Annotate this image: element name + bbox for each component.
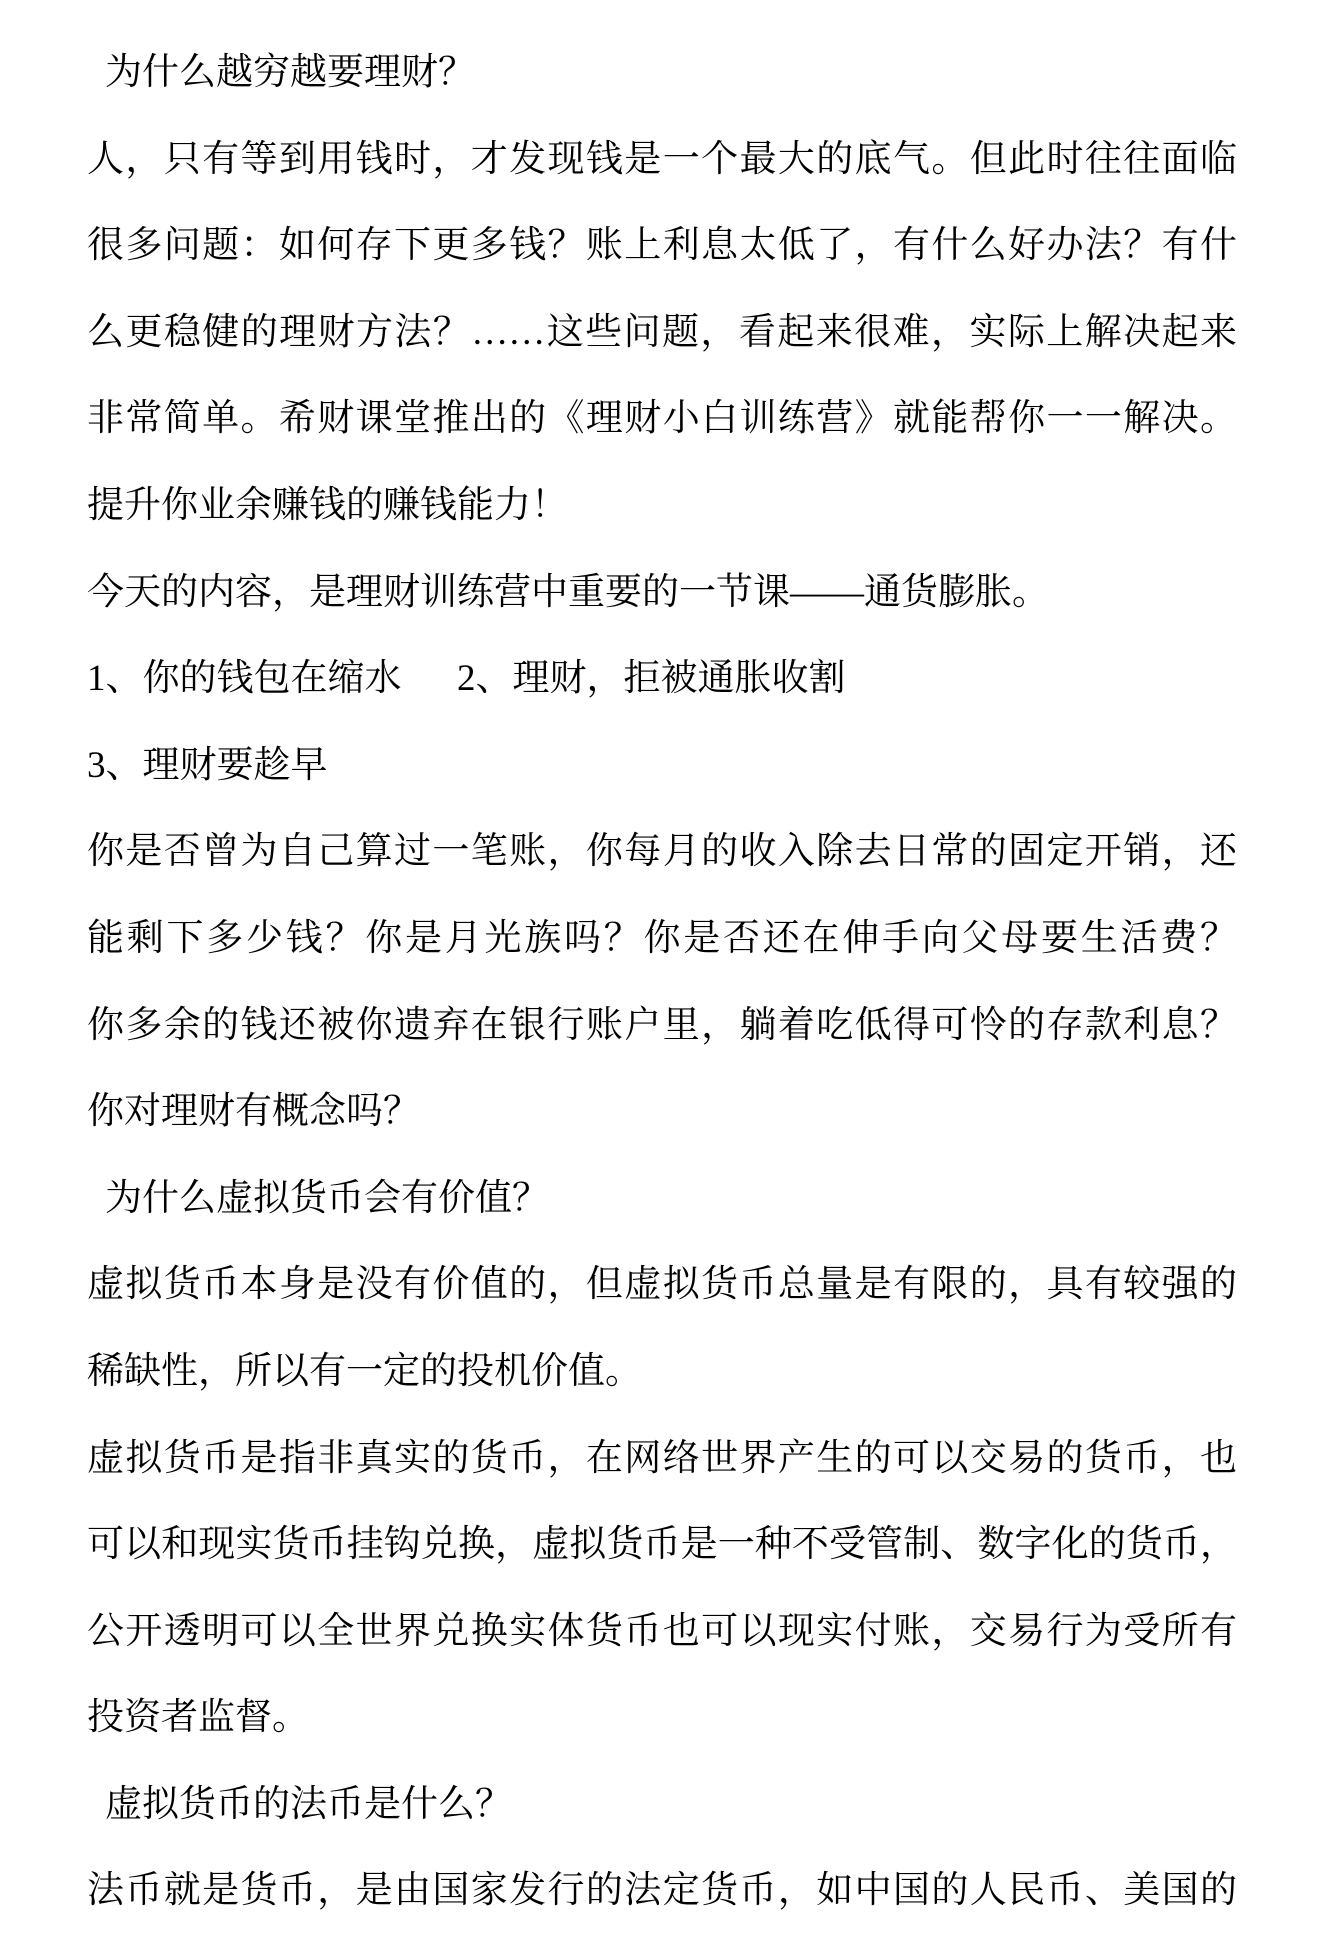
text-line: 你对理财有概念吗？ [87,1069,1237,1156]
text-line: 可以和现实货币挂钩兑换，虚拟货币是一种不受管制、数字化的货币， [87,1502,1237,1589]
text-line: 虚拟货币是指非真实的货币，在网络世界产生的可以交易的货币，也 [87,1416,1237,1503]
text-line: 今天的内容，是理财训练营中重要的一节课——通货膨胀。 [87,550,1237,637]
text-line: 3、理财要趁早 [87,723,1237,810]
text-line: 1、你的钱包在缩水 2、理财，拒被通胀收割 [87,636,1237,723]
text-line: 么更稳健的理财方法？……这些问题，看起来很难，实际上解决起来 [87,290,1237,377]
text-line: 虚拟货币的法币是什么？ [87,1762,1237,1849]
text-line: 为什么越穷越要理财？ [87,30,1237,117]
text-line: 能剩下多少钱？你是月光族吗？你是否还在伸手向父母要生活费？ [87,896,1237,983]
text-line: 人，只有等到用钱时，才发现钱是一个最大的底气。但此时往往面临 [87,117,1237,204]
text-line: 法币就是货币，是由国家发行的法定货币，如中国的人民币、美国的 [87,1848,1237,1935]
text-line: 你多余的钱还被你遗弃在银行账户里，躺着吃低得可怜的存款利息？ [87,983,1237,1070]
document-page: 为什么越穷越要理财？人，只有等到用钱时，才发现钱是一个最大的底气。但此时往往面临… [0,0,1323,1960]
text-line: 提升你业余赚钱的赚钱能力！ [87,463,1237,550]
text-line: 稀缺性，所以有一定的投机价值。 [87,1329,1237,1416]
text-line: 非常简单。希财课堂推出的《理财小白训练营》就能帮你一一解决。 [87,376,1237,463]
text-line: 为什么虚拟货币会有价值？ [87,1156,1237,1243]
text-line: 投资者监督。 [87,1675,1237,1762]
document-body: 为什么越穷越要理财？人，只有等到用钱时，才发现钱是一个最大的底气。但此时往往面临… [87,30,1237,1935]
text-line: 公开透明可以全世界兑换实体货币也可以现实付账，交易行为受所有 [87,1589,1237,1676]
text-line: 很多问题：如何存下更多钱？账上利息太低了，有什么好办法？有什 [87,203,1237,290]
text-line: 你是否曾为自己算过一笔账，你每月的收入除去日常的固定开销，还 [87,809,1237,896]
text-line: 虚拟货币本身是没有价值的，但虚拟货币总量是有限的，具有较强的 [87,1242,1237,1329]
